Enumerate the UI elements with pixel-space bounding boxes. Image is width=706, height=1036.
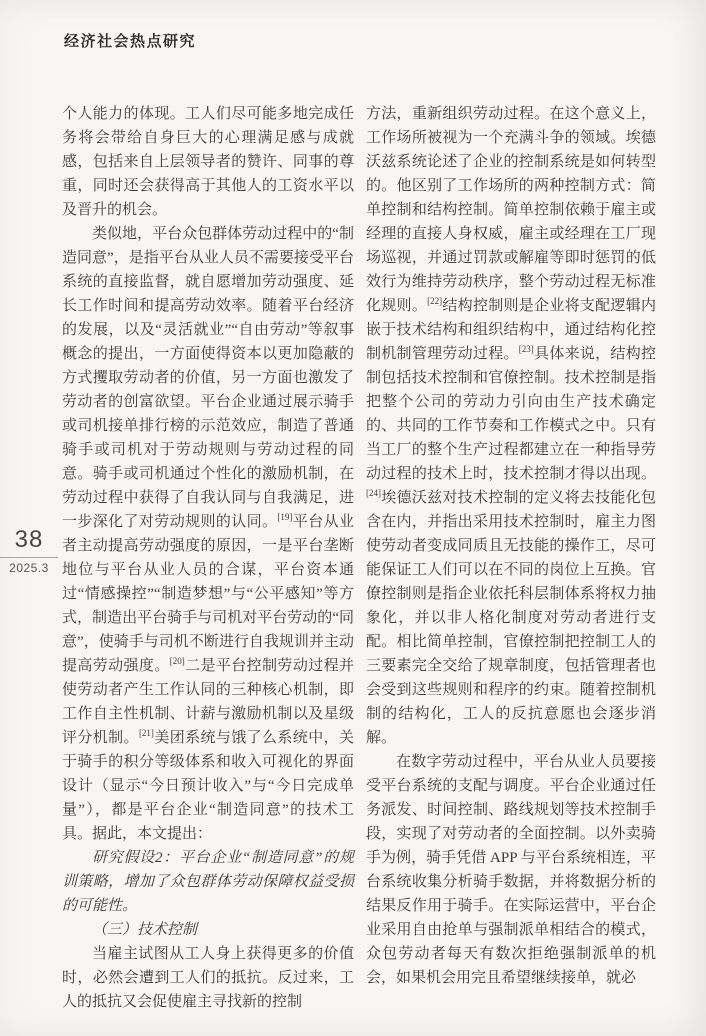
right-text-column: 方法，重新组织劳动过程。在这个意义上，工作场所被视为一个充满斗争的领域。埃德沃兹… <box>366 102 656 990</box>
text-run: 平台从业者主动提高劳动强度的原因，一是平台垄断地位与平台从业人员的合谋，平台资本… <box>62 514 354 674</box>
text-run: 具体来说，结构控制包括技术控制和官僚控制。技术控制是指把整个公司的劳动力引向由生… <box>366 346 656 482</box>
page-number: 38 <box>0 526 58 554</box>
paragraph: 当雇主试图从工人身上获得更多的价值时，必然会遭到工人们的抵抗。反过来，工人的抵抗… <box>62 942 354 1014</box>
paragraph: 方法，重新组织劳动过程。在这个意义上，工作场所被视为一个充满斗争的领域。埃德沃兹… <box>366 102 656 750</box>
citation-ref: [23] <box>519 344 534 354</box>
paragraph: （三）技术控制 <box>62 918 354 942</box>
text-run: 在数字劳动过程中，平台从业人员要接受平台系统的支配与调度。平台企业通过任务派发、… <box>366 754 656 986</box>
citation-ref: [20] <box>170 656 185 666</box>
text-run: 美团系统与饿了么系统中，关于骑手的积分等级体系和收入可视化的界面设计（显示“今日… <box>62 730 354 842</box>
margin-block: 38 2025.3 <box>0 526 58 575</box>
paragraph: 研究假设2：平台企业“制造同意”的规训策略，增加了众包群体劳动保障权益受损的可能… <box>62 846 354 918</box>
paragraph: 类似地，平台众包群体劳动过程中的“制造同意”，是指平台从业人员不需要接受平台系统… <box>62 222 354 846</box>
citation-ref: [21] <box>139 728 154 738</box>
text-run: 方法，重新组织劳动过程。在这个意义上，工作场所被视为一个充满斗争的领域。埃德沃兹… <box>366 106 656 314</box>
citation-ref: [22] <box>427 296 442 306</box>
paragraph: 个人能力的体现。工人们尽可能多地完成任务将会带给自身巨大的心理满足感与成就感，包… <box>62 102 354 222</box>
section-header: 经济社会热点研究 <box>64 30 196 51</box>
text-run: 个人能力的体现。工人们尽可能多地完成任务将会带给自身巨大的心理满足感与成就感，包… <box>62 106 354 218</box>
text-run: 类似地，平台众包群体劳动过程中的“制造同意”，是指平台从业人员不需要接受平台系统… <box>62 226 354 530</box>
margin-rule <box>0 557 58 558</box>
text-run: （三）技术控制 <box>92 922 197 938</box>
text-run: 埃德沃兹对技术控制的定义将去技能化包含在内，并指出采用技术控制时，雇主力图使劳动… <box>366 490 656 746</box>
text-run: 当雇主试图从工人身上获得更多的价值时，必然会遭到工人们的抵抗。反过来，工人的抵抗… <box>62 946 354 1010</box>
issue-label: 2025.3 <box>0 561 58 575</box>
scanned-paper-page: 经济社会热点研究 38 2025.3 个人能力的体现。工人们尽可能多地完成任务将… <box>0 0 706 1036</box>
left-text-column: 个人能力的体现。工人们尽可能多地完成任务将会带给自身巨大的心理满足感与成就感，包… <box>62 102 354 1014</box>
citation-ref: [19] <box>277 512 292 522</box>
citation-ref: [24] <box>366 488 381 498</box>
paragraph: 在数字劳动过程中，平台从业人员要接受平台系统的支配与调度。平台企业通过任务派发、… <box>366 750 656 990</box>
text-run: 研究假设2：平台企业“制造同意”的规训策略，增加了众包群体劳动保障权益受损的可能… <box>62 850 354 914</box>
